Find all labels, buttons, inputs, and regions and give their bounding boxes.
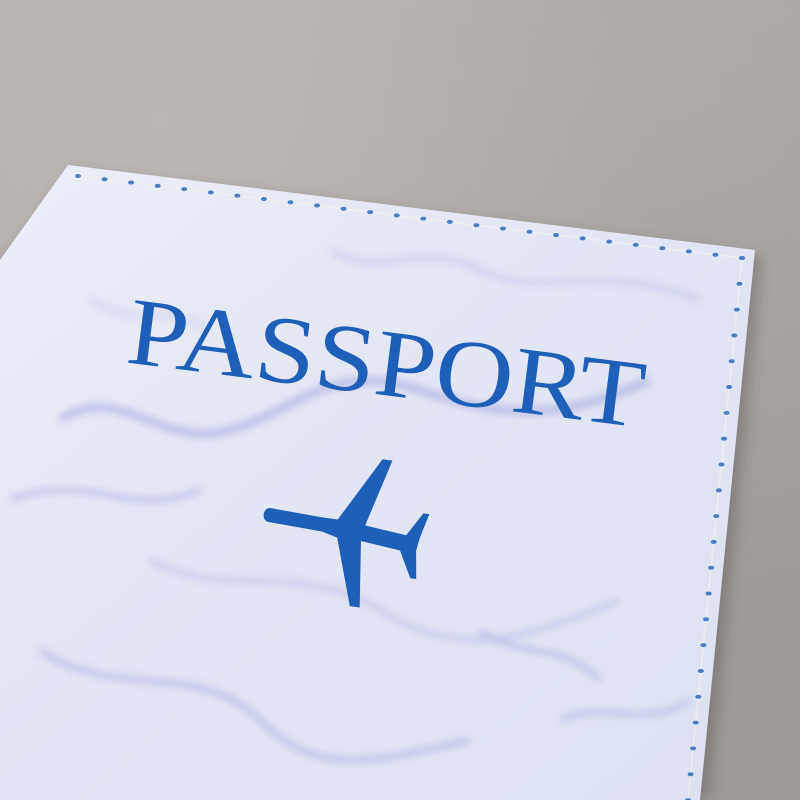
passport-cover: PASSPORT [0, 0, 800, 800]
